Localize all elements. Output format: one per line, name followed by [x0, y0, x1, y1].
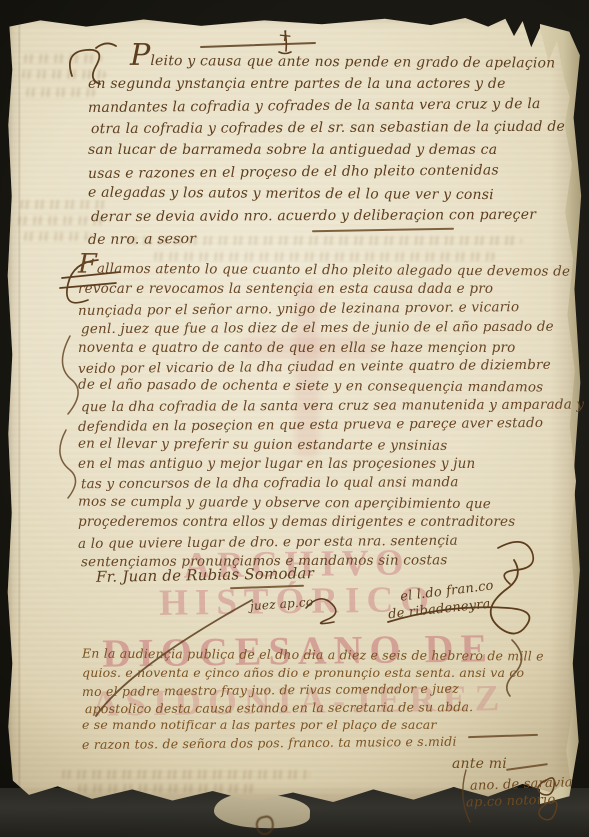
ink-bleedthrough	[24, 88, 96, 97]
manuscript-line: en el llevar y preferir su guion estanda…	[78, 434, 534, 456]
ink-bleedthrough	[76, 784, 256, 793]
opening-paragraph: Pleito y causa que ante nos pende en gra…	[88, 46, 540, 249]
manuscript-line: e se mando notificar a las partes por el…	[82, 716, 534, 734]
manuscript-line: tas y concursos de la dha cofradia lo qu…	[81, 473, 537, 495]
manuscript-line: en el mas antiguo y mejor lugar en las p…	[78, 455, 534, 474]
manuscript-line: derar se devia avido nro. acuerdo y deli…	[91, 204, 543, 228]
ink-bleedthrough	[22, 232, 92, 241]
sentence-paragraph: Fallamos atento lo que cuanto el dho ple…	[78, 256, 534, 572]
manuscript-line: mandantes la cofradia y cofrades de la s…	[88, 93, 540, 119]
manuscript-line: en segunda ynstançia entre partes de la …	[88, 73, 540, 95]
photograph-backdrop: ARCHIVO HISTÓRICO DIOCESANO DE ASIDONIA-…	[0, 0, 589, 837]
manuscript-line: quios. e noventa e çinco años dio e pron…	[82, 664, 534, 682]
manuscript-line: proçederemos contra ellos y demas dirige…	[78, 513, 534, 532]
manuscript-line: apostolico desta causa estando en la sec…	[85, 698, 537, 718]
manuscript-line: san lucar de barrameda sobre la antigued…	[88, 139, 540, 161]
manuscript-line: mos se cumpla y guarde y observe con ape…	[78, 492, 534, 514]
ante-mi-label: ante mi	[452, 756, 507, 772]
manuscript-line: e razon tos. de señora dos pos. franco. …	[82, 732, 534, 754]
manuscript-line: otra la cofradia y cofrades de el sr. sa…	[91, 116, 543, 140]
manuscript-line: En la audiençia publica de el dho dia a …	[82, 645, 534, 665]
manuscript-line: de el año pasado de ochenta e siete y en…	[78, 376, 534, 398]
manuscript-line: revocar e revocamos la sentençia en esta…	[78, 280, 534, 299]
manuscript-line: Fallamos atento lo que cuanto el dho ple…	[78, 255, 534, 282]
notary-signature-title: ap.co notorio	[466, 792, 556, 810]
ink-bleedthrough	[60, 770, 310, 779]
manuscript-line: genl. juez que fue a los diez de el mes …	[81, 318, 537, 340]
manuscript-line: e alegadas y los autos y meritos de el l…	[88, 182, 540, 207]
manuscript-line: Pleito y causa que ante nos pende en gra…	[88, 45, 540, 75]
manuscript-line: noventa e quatro de canto de que en ella…	[78, 339, 534, 358]
pronouncement-paragraph: En la audiençia publica de el dho dia a …	[82, 646, 534, 752]
manuscript-line: de nro. a sesor	[88, 225, 540, 251]
judge-signature-name: Fr. Juan de Rubias Somodar	[96, 564, 314, 586]
